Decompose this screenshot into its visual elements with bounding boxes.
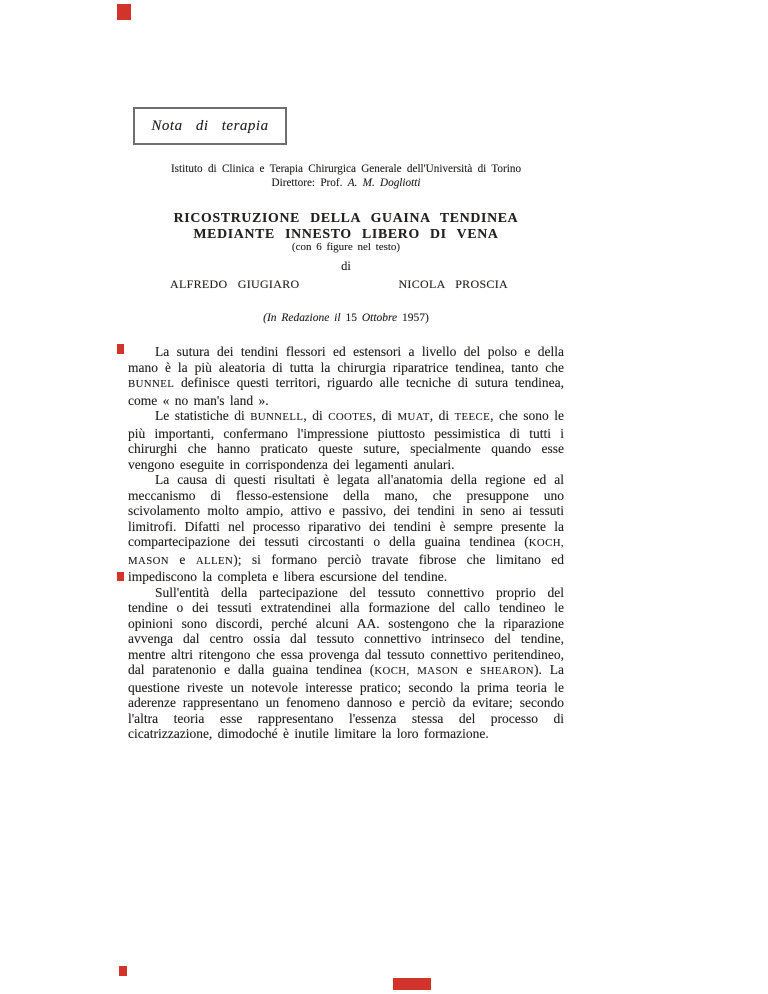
paragraph: Le statistiche di BUNNELL, di COOTES, di… xyxy=(128,408,564,472)
title-line-1: RICOSTRUZIONE DELLA GUAINA TENDINEA xyxy=(128,210,564,226)
red-edge-mark xyxy=(117,572,124,581)
article-body: La sutura dei tendini flessori ed estens… xyxy=(128,344,564,742)
byline: di xyxy=(128,259,564,274)
author-name: ALFREDO GIUGIARO xyxy=(170,277,299,292)
institute-block: Istituto di Clinica e Terapia Chirurgica… xyxy=(128,163,564,190)
note-box: Nota di terapia xyxy=(133,107,287,145)
paragraph: La causa di questi risultati è legata al… xyxy=(128,472,564,585)
title-line-2: MEDIANTE INNESTO LIBERO DI VENA xyxy=(128,226,564,242)
red-edge-mark xyxy=(393,978,431,990)
figures-note: (con 6 figure nel testo) xyxy=(128,241,564,253)
red-edge-mark xyxy=(117,344,124,354)
paragraph: Sull'entità della partecipazione del tes… xyxy=(128,585,564,742)
scanned-paper-page: Nota di terapia Istituto di Clinica e Te… xyxy=(0,0,768,994)
red-edge-mark xyxy=(117,4,131,20)
authors-row: ALFREDO GIUGIARO NICOLA PROSCIA xyxy=(128,277,564,292)
article-title: RICOSTRUZIONE DELLA GUAINA TENDINEA MEDI… xyxy=(128,210,564,241)
paragraph: La sutura dei tendini flessori ed estens… xyxy=(128,344,564,408)
institute-line: Istituto di Clinica e Terapia Chirurgica… xyxy=(128,163,564,177)
director-line: Direttore: Prof. A. M. Dogliotti xyxy=(128,177,564,191)
red-edge-mark xyxy=(119,966,127,976)
dateline: (In Redazione il 15 Ottobre 1957) xyxy=(128,312,564,324)
author-name: NICOLA PROSCIA xyxy=(398,277,508,292)
note-box-label: Nota di terapia xyxy=(151,118,268,135)
